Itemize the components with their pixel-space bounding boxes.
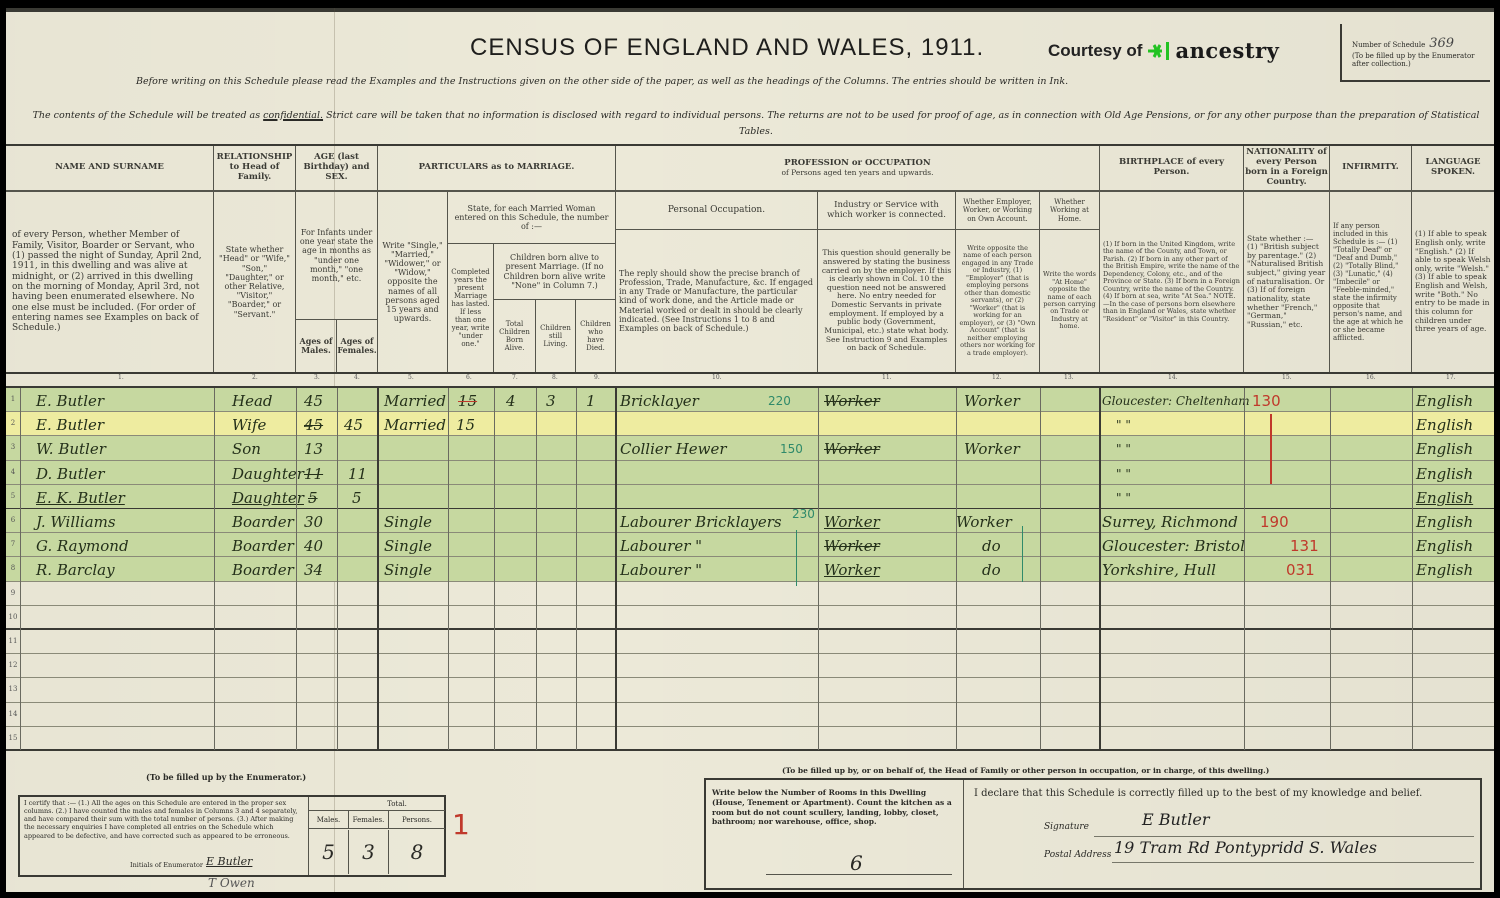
- name-cell: G. Raymond: [36, 535, 129, 557]
- col-num: 8.: [552, 374, 558, 381]
- schedule-number-box: Number of Schedule369 (To be filled up b…: [1340, 24, 1490, 82]
- rooms-underline: [766, 874, 952, 875]
- initials-label: Initials of Enumerator: [130, 861, 203, 869]
- col-rule: [448, 388, 449, 750]
- signature-line: [1094, 836, 1474, 837]
- occupation-cell: Labourer ": [620, 559, 702, 581]
- row-number: 9: [8, 589, 18, 597]
- females-label: Females.: [349, 811, 389, 829]
- col-desc-marital-condition: Write "Single," "Married," "Widower," or…: [378, 192, 448, 372]
- col-num: 6.: [466, 374, 472, 381]
- table-row-empty: 12: [6, 654, 1494, 678]
- relationship-cell: Head: [232, 390, 273, 412]
- females-total: 3: [349, 830, 389, 874]
- occupation-cell: Labourer Bricklayers: [620, 511, 782, 533]
- birthplace-cell: Gloucester: Cheltenham: [1102, 390, 1250, 412]
- table-row-empty: 15: [6, 727, 1494, 751]
- industry-cell: Worker: [824, 511, 880, 533]
- col-desc-language: (1) If able to speak English only, write…: [1412, 192, 1494, 372]
- col-header-infirmity: INFIRMITY.: [1330, 146, 1412, 192]
- rooms-label: Write below the Number of Rooms in this …: [712, 788, 957, 827]
- col-header-nationality: NATIONALITY of every Person born in a Fo…: [1244, 146, 1330, 192]
- row-number: 10: [8, 613, 18, 621]
- table-row: 7 G. Raymond Boarder 40 Single Labourer …: [6, 533, 1494, 557]
- row-number: 7: [8, 540, 18, 548]
- relationship-cell: Boarder: [232, 511, 294, 533]
- industry-cell: Worker: [824, 390, 880, 412]
- relationship-cell: Wife: [232, 414, 266, 436]
- col-num: 4.: [354, 374, 360, 381]
- table-row: 1 E. Butler Head 45 Married 15 4 3 1 Bri…: [6, 388, 1494, 412]
- col-rule: [1330, 388, 1331, 750]
- nationality-code: 130: [1252, 390, 1281, 412]
- marital-cell: Single: [384, 535, 432, 557]
- col-desc-children-living: Children still Living.: [536, 300, 576, 372]
- row-number: 5: [8, 492, 18, 500]
- age-male-cell: 13: [304, 438, 323, 460]
- table-row-empty: 13: [6, 678, 1494, 702]
- col-num: 12.: [992, 374, 1002, 381]
- age-male-cell: 5: [308, 487, 318, 509]
- table-row-empty: 10: [6, 606, 1494, 630]
- col-num: 11.: [882, 374, 892, 381]
- col-desc-children-died: Children who have Died.: [576, 300, 616, 372]
- children-living-cell: 3: [546, 390, 556, 412]
- row-number: 11: [8, 637, 18, 645]
- language-cell: English: [1416, 414, 1473, 436]
- marital-cell: Single: [384, 559, 432, 581]
- col-desc-age-males: Ages of Males.: [296, 320, 337, 372]
- relationship-cell: Boarder: [232, 559, 294, 581]
- address-value: 19 Tram Rd Pontypridd S. Wales: [1114, 838, 1377, 857]
- employer-cell: do: [982, 535, 1001, 557]
- col-header-occupation: PROFESSION or OCCUPATION of Persons aged…: [616, 146, 1100, 192]
- declaration-box: Write below the Number of Rooms in this …: [704, 778, 1482, 890]
- relationship-cell: Daughter: [232, 487, 304, 509]
- language-cell: English: [1416, 463, 1473, 485]
- enumerator-note: T Owen: [208, 876, 255, 890]
- col-num: 16.: [1366, 374, 1376, 381]
- marital-cell: Single: [384, 511, 432, 533]
- ancestry-brand: ancestry: [1175, 38, 1279, 63]
- rooms-box: Write below the Number of Rooms in this …: [706, 780, 964, 888]
- rooms-value: 6: [850, 850, 863, 876]
- col-desc-home: Whether Working at Home.: [1040, 192, 1100, 230]
- age-male-cell: 45: [304, 390, 323, 412]
- row-number: 13: [8, 685, 18, 693]
- col-rule: [337, 388, 338, 750]
- employer-ditto-mark: [1022, 526, 1023, 582]
- courtesy-credit: Courtesy of ancestry: [1048, 38, 1279, 63]
- employer-cell: Worker: [964, 390, 1020, 412]
- ancestry-leaf-icon: [1146, 41, 1172, 61]
- language-cell: English: [1416, 487, 1473, 509]
- enumerator-title: (To be filled up by the Enumerator.): [146, 772, 306, 782]
- occupation-ditto-mark: [796, 530, 797, 586]
- col-desc-age: For Infants under one year state the age…: [296, 192, 378, 320]
- occupation-code: 220: [768, 390, 791, 412]
- col-num: 17.: [1446, 374, 1456, 381]
- age-male-cell: 34: [304, 559, 323, 581]
- table-row-empty: 11: [6, 630, 1494, 654]
- col-rule: [214, 388, 215, 750]
- col-num: 3.: [314, 374, 320, 381]
- relationship-cell: Son: [232, 438, 261, 460]
- col-desc-infirmity: If any person included in this Schedule …: [1330, 192, 1412, 372]
- name-cell: R. Barclay: [36, 559, 115, 581]
- birthplace-cell: Surrey, Richmond: [1102, 511, 1238, 533]
- row-number: 8: [8, 564, 18, 572]
- age-female-cell: 11: [348, 463, 367, 485]
- children-total-cell: 4: [506, 390, 516, 412]
- row-number: 3: [8, 443, 18, 451]
- birthplace-cell: Yorkshire, Hull: [1102, 559, 1216, 581]
- age-male-cell: 30: [304, 511, 323, 533]
- totals-header: Total.: [309, 797, 445, 811]
- col-rule: [296, 388, 297, 750]
- age-female-cell: 45: [344, 414, 363, 436]
- col-desc-name: of every Person, whether Member of Famil…: [6, 192, 214, 372]
- instruction-confidential-pre: The contents of the Schedule will be tre…: [33, 110, 261, 121]
- occupation-cell: Collier Hewer: [620, 438, 727, 460]
- industry-cell: Worker: [824, 438, 880, 460]
- occupation-cell: Labourer ": [620, 535, 702, 557]
- col-desc-industry: Industry or Service with which worker is…: [818, 192, 956, 230]
- col-num: 2.: [252, 374, 258, 381]
- col-desc-children-total: Total Children Born Alive.: [494, 300, 536, 372]
- occupation-code: 230: [792, 503, 815, 525]
- instruction-read: Before writing on this Schedule please r…: [136, 76, 1068, 87]
- top-border: [6, 8, 1494, 12]
- col-num: 5.: [408, 374, 414, 381]
- instruction-confidential-underlined: confidential.: [263, 110, 323, 121]
- nationality-ditto-mark: [1270, 414, 1272, 484]
- language-cell: English: [1416, 390, 1473, 412]
- birthplace-cell: " ": [1116, 438, 1131, 460]
- col-rule: [494, 388, 495, 750]
- row-number: 15: [8, 734, 18, 742]
- red-tally-mark: 1: [452, 808, 470, 841]
- col-rule: [1244, 388, 1245, 750]
- name-cell: E. Butler: [36, 414, 104, 436]
- marriage-years-cell: 15: [458, 390, 477, 412]
- language-cell: English: [1416, 535, 1473, 557]
- schedule-number-label: Number of Schedule: [1352, 41, 1425, 49]
- marriage-years-cell: 15: [456, 414, 475, 436]
- instruction-confidential: The contents of the Schedule will be tre…: [26, 108, 1486, 140]
- totals-table: Total. Males. Females. Persons. 5 3 8: [308, 797, 444, 875]
- industry-cell: Worker: [824, 535, 880, 557]
- row-number: 4: [8, 468, 18, 476]
- col-desc-industry-note: This question should generally be answer…: [818, 230, 956, 372]
- row-number: 2: [8, 419, 18, 427]
- col-rule: [956, 388, 957, 750]
- household-table: 1 E. Butler Head 45 Married 15 4 3 1 Bri…: [6, 388, 1494, 756]
- col-rule: [377, 388, 379, 750]
- col-desc-personal-occupation: Personal Occupation.: [616, 192, 818, 230]
- declaration-statement: I declare that this Schedule is correctl…: [974, 788, 1422, 799]
- birthplace-cell: " ": [1116, 463, 1131, 485]
- col-num: 1.: [118, 374, 124, 381]
- col-rule: [536, 388, 537, 750]
- language-cell: English: [1416, 511, 1473, 533]
- col-num: 15.: [1282, 374, 1292, 381]
- address-line: [1112, 862, 1474, 863]
- row-number: 12: [8, 661, 18, 669]
- col-num: 7.: [512, 374, 518, 381]
- col-desc-age-females: Ages of Females.: [337, 320, 378, 372]
- nationality-code: 131: [1290, 535, 1319, 557]
- name-cell: D. Butler: [36, 463, 105, 485]
- signature-value: E Butler: [1142, 810, 1210, 829]
- table-row-empty: 14: [6, 703, 1494, 727]
- col-rule: [1040, 388, 1041, 750]
- nationality-code: 190: [1260, 511, 1289, 533]
- column-headers: NAME AND SURNAME of every Person, whethe…: [6, 144, 1494, 384]
- table-row: 8 R. Barclay Boarder 34 Single Labourer …: [6, 557, 1494, 581]
- name-cell: E. Butler: [36, 390, 104, 412]
- age-female-cell: 5: [352, 487, 362, 509]
- age-male-cell: 11: [304, 463, 323, 485]
- col-num: 14.: [1168, 374, 1178, 381]
- certify-text: I certify that :— (1.) All the ages on t…: [24, 799, 306, 840]
- column-number-strip: 1. 2. 3. 4. 5. 6. 7. 8. 9. 10. 11. 12. 1…: [6, 374, 1494, 386]
- language-cell: English: [1416, 559, 1473, 581]
- col-header-marriage: PARTICULARS as to MARRIAGE.: [378, 146, 616, 192]
- nationality-code: 031: [1286, 559, 1315, 581]
- col-rule: [818, 388, 819, 750]
- males-label: Males.: [309, 811, 349, 829]
- employer-cell: Worker: [964, 438, 1020, 460]
- col-num: 9.: [594, 374, 600, 381]
- col-rule: [615, 388, 617, 750]
- col-num: 10.: [712, 374, 722, 381]
- schedule-note: (To be filled up by the Enumerator after…: [1352, 52, 1484, 69]
- col-rule: [1099, 388, 1101, 750]
- birthplace-cell: Gloucester: Bristol: [1102, 535, 1245, 557]
- col-header-name: NAME AND SURNAME: [6, 146, 214, 192]
- col-rule: [576, 388, 577, 750]
- address-label: Postal Address: [1044, 850, 1111, 860]
- language-cell: English: [1416, 438, 1473, 460]
- age-male-cell: 45: [304, 414, 323, 436]
- birthplace-cell: " ": [1116, 414, 1131, 436]
- table-row: 6 J. Williams Boarder 30 Single Labourer…: [6, 509, 1494, 533]
- col-desc-employer-note: Write opposite the name of each person e…: [956, 230, 1040, 372]
- employer-cell: Worker: [956, 511, 1012, 533]
- persons-total: 8: [389, 830, 445, 874]
- col-desc-birthplace: (1) If born in the United Kingdom, write…: [1100, 192, 1244, 372]
- enumerator-initials: E Butler: [206, 855, 252, 868]
- col-desc-nationality: State whether :— (1) "British subject by…: [1244, 192, 1330, 372]
- instruction-confidential-post: Strict care will be taken that no inform…: [326, 110, 1479, 137]
- row-number: 6: [8, 516, 18, 524]
- table-row: 5 E. K. Butler Daughter 5 5 " " English: [6, 485, 1494, 509]
- col-desc-personal-occupation-note: The reply should show the precise branch…: [616, 230, 818, 372]
- employer-cell: do: [982, 559, 1001, 581]
- relationship-cell: Daughter: [232, 463, 304, 485]
- col-desc-home-note: Write the words "At Home" opposite the n…: [1040, 230, 1100, 372]
- row-number: 14: [8, 710, 18, 718]
- col-desc-employer: Whether Employer, Worker, or Working on …: [956, 192, 1040, 230]
- col-rule: [20, 388, 21, 750]
- col-num: 13.: [1064, 374, 1074, 381]
- birthplace-cell: " ": [1116, 487, 1131, 509]
- col-desc-children: Children born alive to present Marriage.…: [494, 244, 616, 300]
- col-rule: [1412, 388, 1413, 750]
- col-desc-marriage-years: Completed years the present Marriage has…: [448, 244, 494, 372]
- children-died-cell: 1: [586, 390, 596, 412]
- occupation-subtitle: of Persons aged ten years and upwards.: [782, 169, 934, 178]
- occupation-code: 150: [780, 438, 803, 460]
- industry-cell: Worker: [824, 559, 880, 581]
- col-header-language: LANGUAGE SPOKEN.: [1412, 146, 1494, 192]
- marital-cell: Married: [384, 414, 446, 436]
- name-cell: W. Butler: [36, 438, 106, 460]
- age-male-cell: 40: [304, 535, 323, 557]
- occupation-cell: Bricklayer: [620, 390, 699, 412]
- col-desc-relationship: State whether "Head" or "Wife," "Son," "…: [214, 192, 296, 372]
- name-cell: J. Williams: [36, 511, 116, 533]
- persons-label: Persons.: [389, 811, 445, 829]
- males-total: 5: [309, 830, 349, 874]
- col-header-relationship: RELATIONSHIP to Head of Family.: [214, 146, 296, 192]
- courtesy-label: Courtesy of: [1048, 41, 1142, 61]
- col-header-age: AGE (last Birthday) and SEX.: [296, 146, 378, 192]
- row-number: 1: [8, 395, 18, 403]
- col-header-birthplace: BIRTHPLACE of every Person.: [1100, 146, 1244, 192]
- signature-label: Signature: [1044, 822, 1089, 832]
- name-cell: E. K. Butler: [36, 487, 125, 509]
- page-title: CENSUS OF ENGLAND AND WALES, 1911.: [470, 34, 984, 62]
- census-schedule-page: CENSUS OF ENGLAND AND WALES, 1911. Court…: [6, 8, 1494, 892]
- schedule-number: 369: [1429, 36, 1454, 51]
- declaration-title: (To be filled up by, or on behalf of, th…: [782, 766, 1269, 775]
- col-desc-married-woman: State, for each Married Woman entered on…: [448, 192, 616, 244]
- marital-cell: Married: [384, 390, 446, 412]
- table-row-empty: 9: [6, 582, 1494, 606]
- relationship-cell: Boarder: [232, 535, 294, 557]
